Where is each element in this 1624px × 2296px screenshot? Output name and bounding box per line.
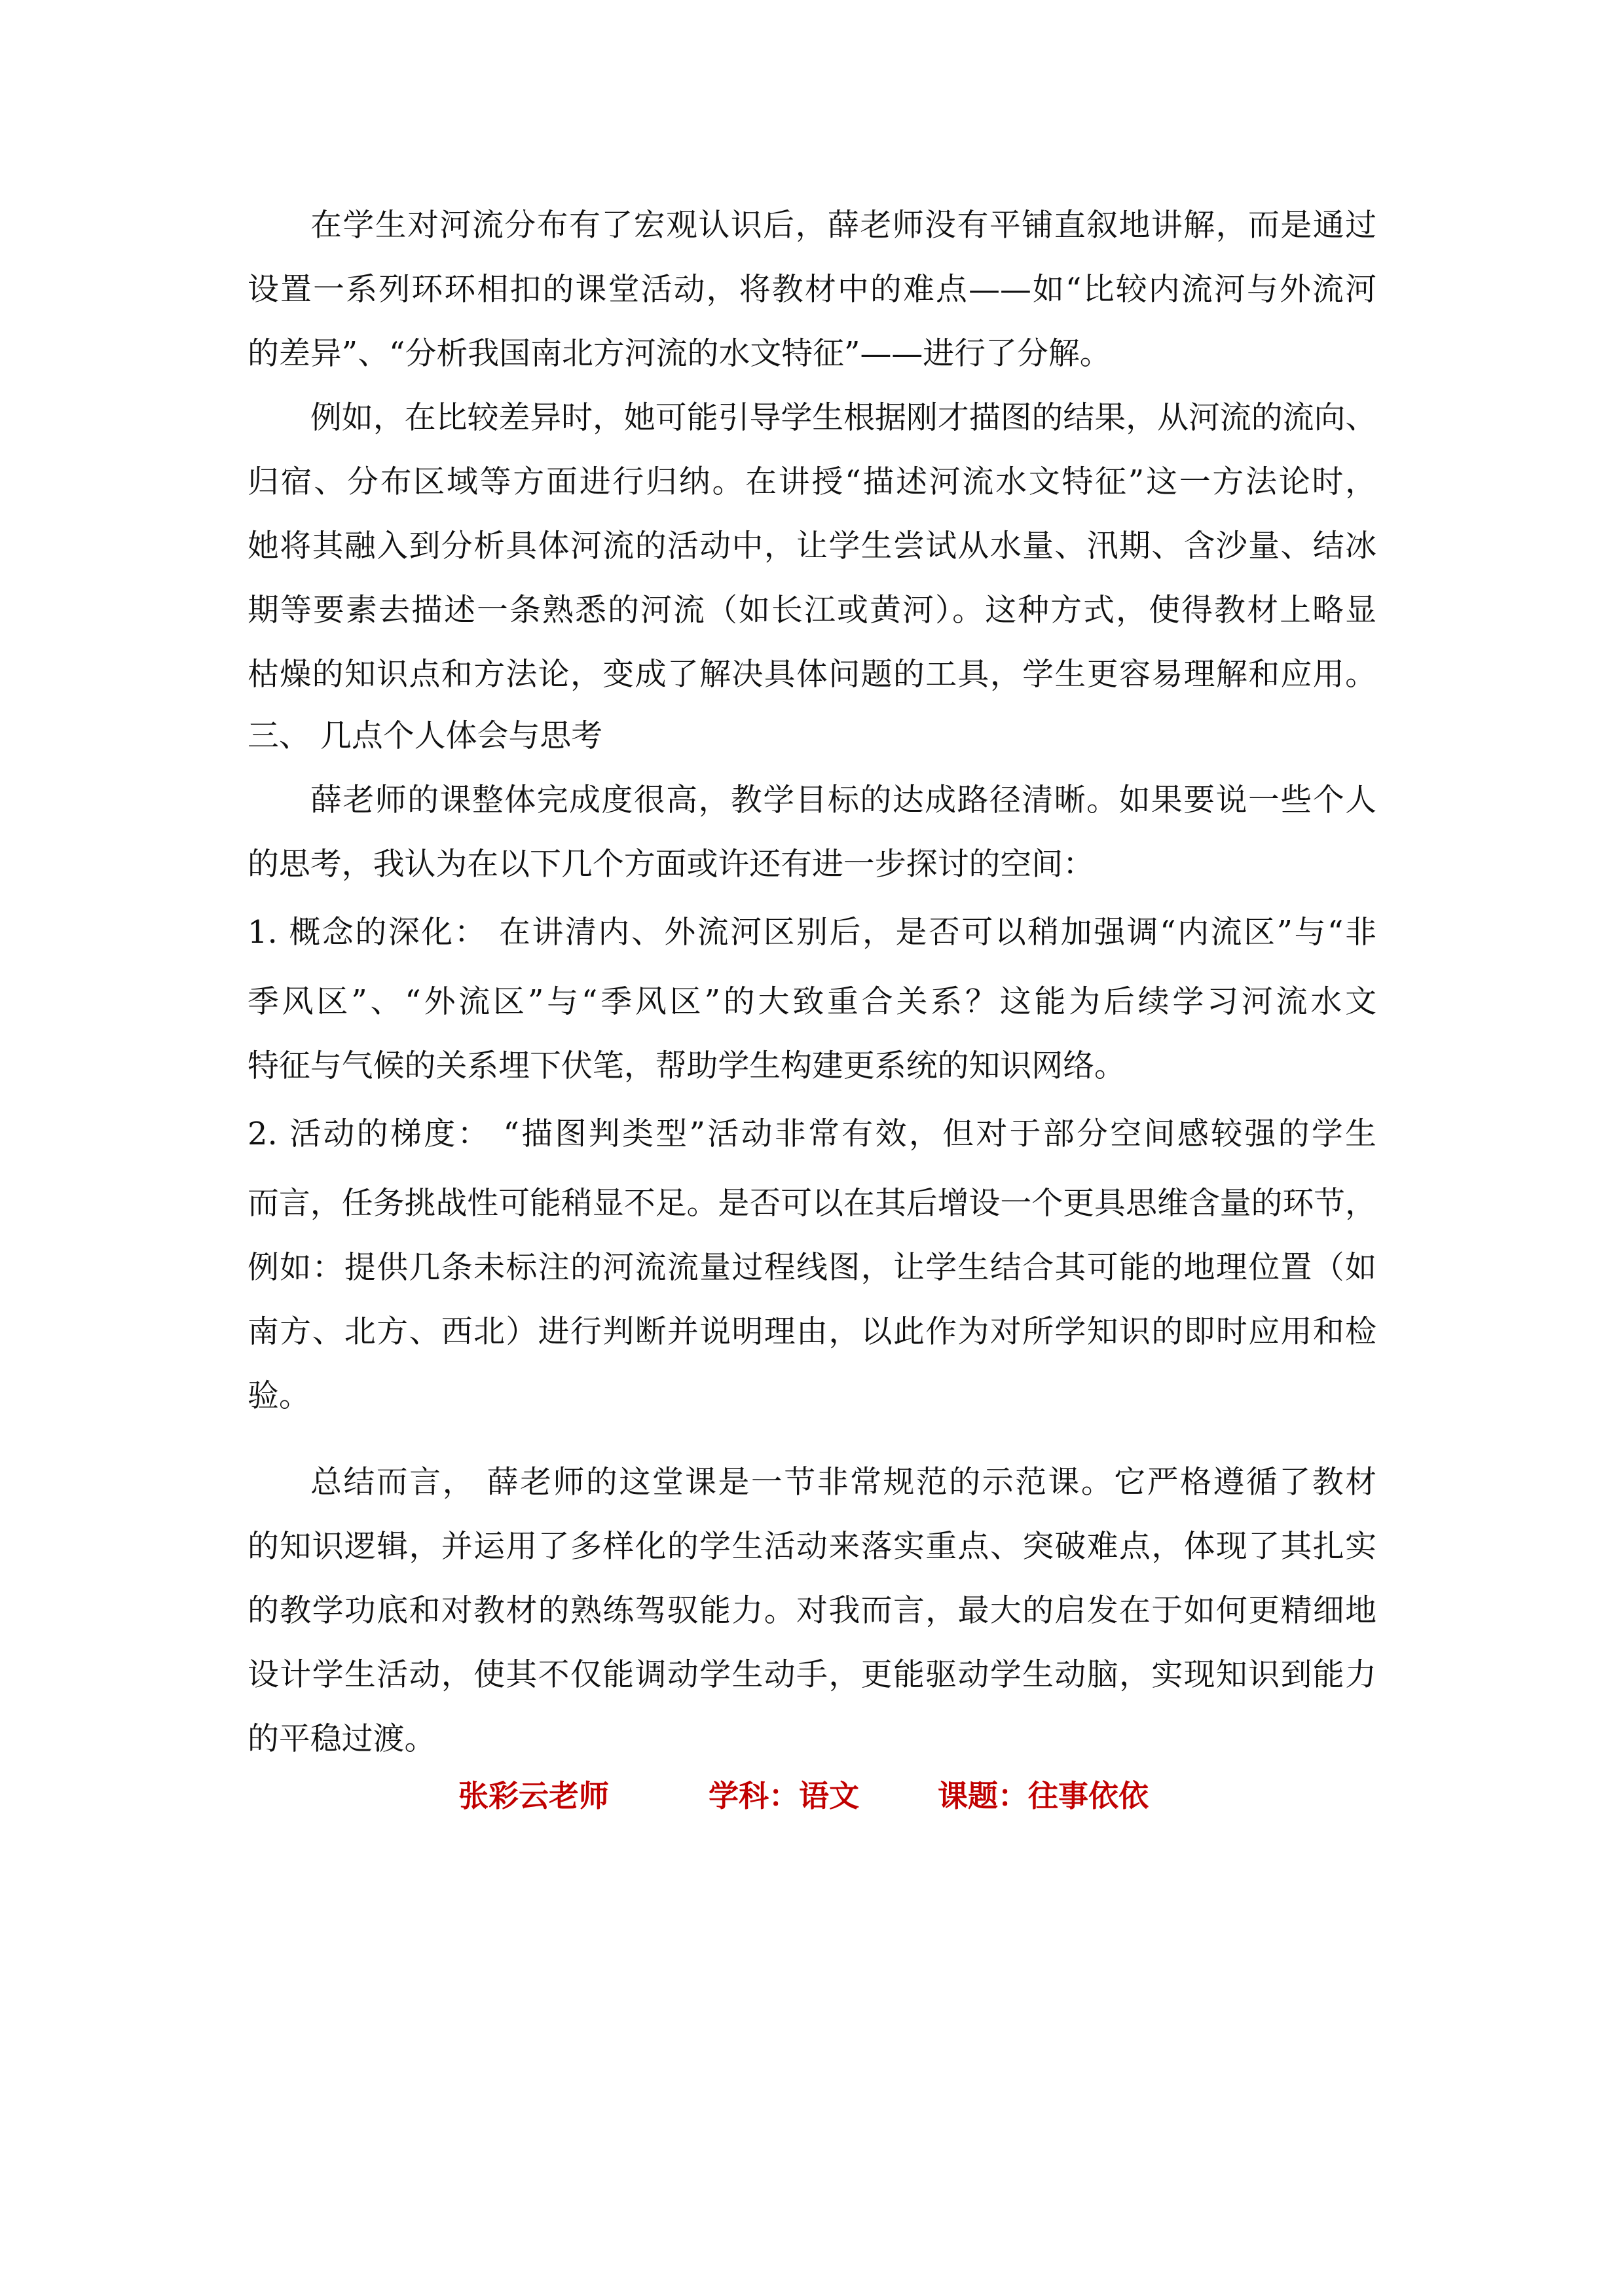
paragraph-2-line-3: 她将其融入到分析具体河流的活动中，让学生尝试从水量、汛期、含沙量、结冰: [248, 524, 1376, 588]
paragraph-6-line-5: 的平稳过渡。: [248, 1717, 435, 1781]
list-item-2-line-4: 南方、北方、西北）进行判断并说明理由，以此作为对所学知识的即时应用和检: [248, 1309, 1376, 1374]
subject-label: 学科：语文: [709, 1773, 859, 1819]
signature-line: 张彩云老师 学科：语文 课题：往事依依: [0, 1773, 1624, 1825]
paragraph-6-line-3: 的教学功底和对教材的熟练驾驭能力。对我而言，最大的启发在于如何更精细地: [248, 1588, 1376, 1652]
paragraph-6-line-2: 的知识逻辑，并运用了多样化的学生活动来落实重点、突破难点，体现了其扎实: [248, 1524, 1376, 1588]
list-item-2-line-2: 而言，任务挑战性可能稍显不足。是否可以在其后增设一个更具思维含量的环节，: [248, 1181, 1376, 1245]
list-item-2-line-3: 例如：提供几条未标注的河流流量过程线图，让学生结合其可能的地理位置（如: [248, 1245, 1376, 1309]
list-item-2-line-1: 2. 活动的梯度： “描图判类型”活动非常有效，但对于部分空间感较强的学生: [248, 1112, 1376, 1176]
paragraph-3-line-2: 的思考，我认为在以下几个方面或许还有进一步探讨的空间：: [248, 842, 1094, 906]
list-item-1-line-3: 特征与气候的关系埋下伏笔，帮助学生构建更系统的知识网络。: [248, 1044, 1126, 1108]
paragraph-1-line-1: 在学生对河流分布有了宏观认识后，薛老师没有平铺直叙地讲解，而是通过: [248, 203, 1376, 267]
section-heading-3: 三、 几点个人体会与思考: [248, 714, 602, 778]
paragraph-2-line-2: 归宿、分布区域等方面进行归纳。在讲授“描述河流水文特征”这一方法论时，: [248, 460, 1376, 524]
lesson-topic: 课题：往事依依: [938, 1773, 1149, 1819]
list-item-1-line-2: 季风区”、“外流区”与“季风区”的大致重合关系？这能为后续学习河流水文: [248, 979, 1376, 1044]
paragraph-2-line-5: 枯燥的知识点和方法论，变成了解决具体问题的工具，学生更容易理解和应用。: [248, 652, 1376, 716]
paragraph-6-line-1: 总结而言， 薛老师的这堂课是一节非常规范的示范课。它严格遵循了教材: [248, 1460, 1376, 1524]
paragraph-3-line-1: 薛老师的课整体完成度很高，教学目标的达成路径清晰。如果要说一些个人: [248, 778, 1376, 842]
paragraph-1-line-2: 设置一系列环环相扣的课堂活动，将教材中的难点——如“比较内流河与外流河: [248, 267, 1376, 331]
list-item-2-line-5: 验。: [248, 1374, 310, 1438]
paragraph-6-line-4: 设计学生活动，使其不仅能调动学生动手，更能驱动学生动脑，实现知识到能力: [248, 1652, 1376, 1717]
paragraph-1-line-3: 的差异”、“分析我国南北方河流的水文特征”——进行了分解。: [248, 331, 1111, 395]
paragraph-2-line-1: 例如，在比较差异时，她可能引导学生根据刚才描图的结果，从河流的流向、: [248, 395, 1376, 460]
teacher-name: 张彩云老师: [458, 1773, 609, 1819]
list-item-1-line-1: 1. 概念的深化： 在讲清内、外流河区别后，是否可以稍加强调“内流区”与“非: [248, 910, 1376, 974]
paragraph-2-line-4: 期等要素去描述一条熟悉的河流（如长江或黄河）。这种方式，使得教材上略显: [248, 588, 1376, 652]
